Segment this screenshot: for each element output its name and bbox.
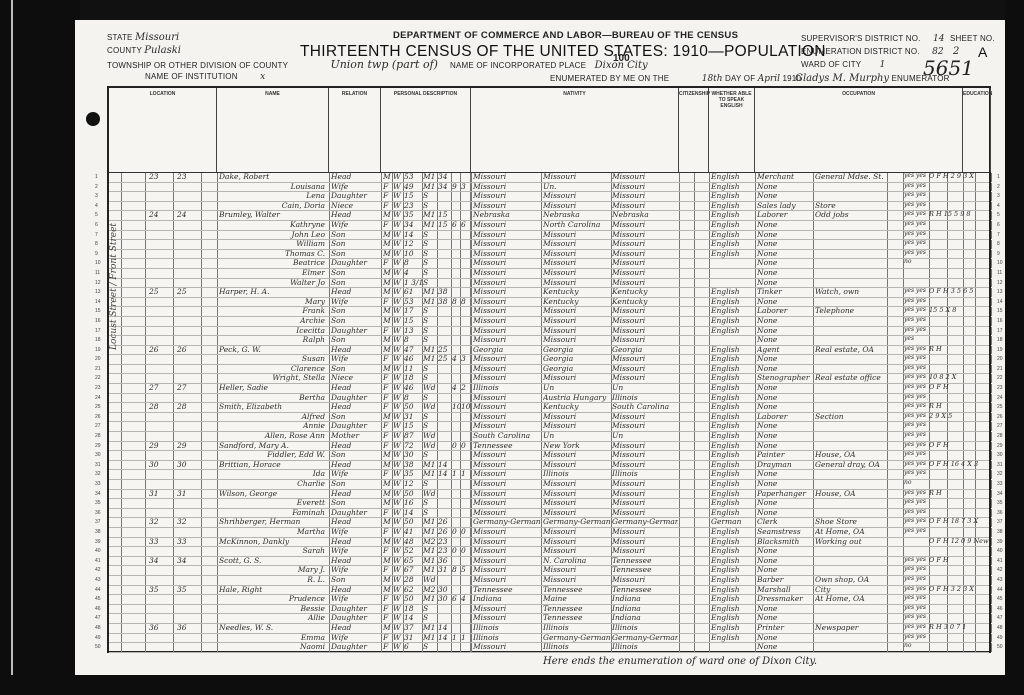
cell-name: Harper, H. A. (219, 287, 329, 296)
cell-school: yes yes (904, 585, 928, 592)
cell-name: Charlie (219, 479, 325, 488)
column-rule (217, 624, 218, 633)
column-rule (679, 624, 680, 633)
column-rule (381, 298, 382, 307)
column-rule (121, 346, 122, 355)
line-number-right: 44 (997, 587, 1003, 593)
line-number: 37 (95, 519, 101, 525)
column-rule (887, 432, 888, 441)
column-rule (813, 509, 814, 518)
column-rule (201, 614, 202, 623)
column-rule (694, 279, 695, 288)
cell-children-living: 8 (461, 297, 470, 306)
column-rule (451, 365, 452, 374)
column-rule (541, 605, 542, 614)
column-rule (887, 327, 888, 336)
column-rule (679, 374, 680, 383)
cell-name: Needles, W. S. (219, 623, 329, 632)
column-rule (887, 298, 888, 307)
column-rule (201, 173, 202, 182)
column-rule (381, 336, 382, 345)
column-rule (947, 422, 948, 431)
cell-relation: Head (331, 460, 381, 469)
column-rule (679, 403, 680, 412)
cell-age: 31 (404, 633, 422, 642)
line-number-right: 21 (997, 366, 1003, 372)
cell-father-birth: New York (543, 441, 611, 450)
cell-trade: None (757, 297, 813, 306)
cell-mother-birth: Germany-German (612, 517, 678, 526)
line-number-right: 38 (997, 529, 1003, 535)
column-rule (145, 240, 146, 249)
column-rule (381, 250, 382, 259)
column-rule (709, 202, 710, 211)
cell-father-birth: Tennessee (543, 613, 611, 622)
cell-dwelling: 34 (149, 556, 171, 565)
line-number: 19 (95, 347, 101, 353)
column-rule (121, 374, 122, 383)
cell-sex: F (383, 431, 392, 440)
column-rule (381, 231, 382, 240)
column-rule (694, 240, 695, 249)
column-rule (471, 202, 472, 211)
column-rule (145, 557, 146, 566)
cell-mother-birth: Missouri (612, 498, 678, 507)
cell-sex: M (383, 498, 392, 507)
cell-age: 8 (404, 393, 422, 402)
column-rule (173, 355, 174, 364)
column-rule (451, 211, 452, 220)
column-rule (679, 355, 680, 364)
column-rule (173, 586, 174, 595)
cell-sex: M (383, 345, 392, 354)
cell-sex: F (383, 594, 392, 603)
cell-industry: House, OA (815, 489, 887, 498)
cell-home: O F H (929, 556, 991, 564)
column-rule (329, 528, 330, 537)
column-rule (709, 183, 710, 192)
column-rule (975, 576, 976, 585)
column-rule (437, 422, 438, 431)
column-rule (381, 269, 382, 278)
incorporated-place-value: Dixon City (595, 60, 648, 71)
column-rule (471, 336, 472, 345)
column-rule (975, 317, 976, 326)
column-rule (991, 384, 992, 393)
column-rule (329, 499, 330, 508)
column-rule (145, 509, 146, 518)
column-rule (755, 288, 756, 297)
column-rule (471, 547, 472, 556)
cell-language: English (711, 287, 755, 296)
line-number-right: 17 (997, 328, 1003, 334)
cell-sex: M (383, 623, 392, 632)
column-rule (541, 192, 542, 201)
column-rule (947, 528, 948, 537)
column-rule (145, 231, 146, 240)
column-rule (991, 298, 992, 307)
column-rule (813, 614, 814, 623)
column-rule (471, 509, 472, 518)
cell-marital: Wd (423, 431, 437, 440)
column-rule (201, 547, 202, 556)
line-number-right: 36 (997, 510, 1003, 516)
column-rule (679, 192, 680, 201)
cell-mother-birth: Missouri (612, 249, 678, 258)
cell-years-married: 15 (438, 210, 450, 219)
column-rule (975, 336, 976, 345)
column-rule (460, 327, 461, 336)
column-rule (329, 279, 330, 288)
column-rule (145, 499, 146, 508)
column-rule (201, 346, 202, 355)
cell-race: W (393, 345, 403, 354)
column-rule (975, 394, 976, 403)
cell-age: 14 (404, 230, 422, 239)
column-rule (887, 480, 888, 489)
cell-age: 13 (404, 326, 422, 335)
cell-name: Lena (219, 191, 325, 200)
column-rule (217, 394, 218, 403)
column-rule (887, 365, 888, 374)
col-name: Name (217, 88, 329, 172)
cell-marital: S (423, 278, 437, 287)
column-rule (709, 192, 710, 201)
column-rule (217, 346, 218, 355)
column-rule (451, 394, 452, 403)
cell-birth: Missouri (473, 191, 541, 200)
column-rule (173, 403, 174, 412)
column-rule (991, 403, 992, 412)
column-rule (929, 221, 930, 230)
column-rule (709, 538, 710, 547)
column-rule (121, 442, 122, 451)
column-rule (887, 422, 888, 431)
column-rule (929, 240, 930, 249)
cell-marital: S (423, 373, 437, 382)
line-number-right: 26 (997, 414, 1003, 420)
column-rule (145, 173, 146, 182)
column-rule (991, 576, 992, 585)
cell-marital: M1 (423, 527, 437, 536)
column-rule (903, 547, 904, 556)
cell-age: 30 (404, 450, 422, 459)
column-rule (217, 307, 218, 316)
column-rule (217, 173, 218, 182)
cell-years-married: 15 (438, 220, 450, 229)
cell-father-birth: Missouri (543, 498, 611, 507)
line-number: 9 (95, 251, 98, 257)
cell-industry: House, OA (815, 450, 887, 459)
cell-sex: M (383, 230, 392, 239)
cell-trade: None (757, 556, 813, 565)
cell-name: Annie (219, 421, 325, 430)
cell-trade: Laborer (757, 306, 813, 315)
line-number-right: 45 (997, 596, 1003, 602)
column-rule (887, 643, 888, 652)
cell-relation: Wife (331, 527, 381, 536)
column-rule (991, 183, 992, 192)
column-rule (755, 634, 756, 643)
column-rule (145, 432, 146, 441)
cell-relation: Daughter (331, 613, 381, 622)
column-rule (947, 605, 948, 614)
column-rule (217, 432, 218, 441)
column-rule (201, 566, 202, 575)
line-number: 41 (95, 558, 101, 564)
cell-name: Bertha (219, 393, 325, 402)
cell-school: yes yes (904, 556, 928, 563)
column-rule (679, 422, 680, 431)
column-rule (541, 624, 542, 633)
cell-birth: Missouri (473, 326, 541, 335)
column-rule (471, 528, 472, 537)
column-rule (929, 298, 930, 307)
column-rule (991, 480, 992, 489)
cell-birth: Missouri (473, 489, 541, 498)
cell-dwelling: 30 (149, 460, 171, 469)
column-rule (437, 192, 438, 201)
column-rule (121, 298, 122, 307)
column-rule (755, 183, 756, 192)
column-rule (947, 509, 948, 518)
cell-age: 49 (404, 182, 422, 191)
column-rule (121, 240, 122, 249)
cell-children-born: 6 (452, 594, 461, 603)
cell-race: W (393, 431, 403, 440)
column-rule (541, 643, 542, 652)
cell-language: English (711, 585, 755, 594)
column-rule (541, 614, 542, 623)
column-rule (947, 259, 948, 268)
column-rule (709, 355, 710, 364)
column-rule (381, 384, 382, 393)
column-rule (991, 634, 992, 643)
cell-relation: Son (331, 278, 381, 287)
column-rule (381, 509, 382, 518)
cell-marital: S (423, 642, 437, 651)
cell-name: Mary J. (219, 565, 325, 574)
column-rule (755, 576, 756, 585)
column-rule (813, 480, 814, 489)
column-rule (217, 250, 218, 259)
cell-marital: S (423, 604, 437, 613)
cell-marital: Wd (423, 575, 437, 584)
cell-father-birth: Missouri (543, 239, 611, 248)
column-rule (460, 269, 461, 278)
cell-birth: Missouri (473, 172, 541, 181)
cell-father-birth: Un (543, 383, 611, 392)
cell-birth: Missouri (473, 613, 541, 622)
column-rule (755, 499, 756, 508)
cell-children-living: 3 (461, 354, 470, 363)
cell-mother-birth: Illinois (612, 469, 678, 478)
column-rule (679, 518, 680, 527)
column-rule (963, 634, 964, 643)
column-rule (121, 547, 122, 556)
cell-children-living: 3 (461, 182, 470, 191)
column-rule (381, 490, 382, 499)
township-label: Township or other division of county (107, 61, 288, 70)
cell-relation: Wife (331, 594, 381, 603)
line-number: 33 (95, 481, 101, 487)
cell-industry: Odd jobs (815, 210, 887, 219)
column-rule (947, 327, 948, 336)
line-number-right: 30 (997, 452, 1003, 458)
column-rule (709, 413, 710, 422)
cell-age: 18 (404, 604, 422, 613)
cell-language: English (711, 364, 755, 373)
cell-birth: Illinois (473, 623, 541, 632)
column-rule (694, 365, 695, 374)
column-rule (460, 490, 461, 499)
column-rule (541, 221, 542, 230)
cell-school: yes yes (904, 623, 928, 630)
cell-father-birth: Missouri (543, 258, 611, 267)
cell-relation: Wife (331, 220, 381, 229)
cell-language: English (711, 210, 755, 219)
cell-father-birth: Kentucky (543, 402, 611, 411)
cell-name: Heller, Sadie (219, 383, 329, 392)
column-rule (201, 240, 202, 249)
column-rule (173, 605, 174, 614)
column-rule (813, 327, 814, 336)
column-rule (471, 538, 472, 547)
column-rule (813, 336, 814, 345)
column-rule (947, 231, 948, 240)
cell-trade: None (757, 431, 813, 440)
cell-age: 53 (404, 297, 422, 306)
column-rule (173, 470, 174, 479)
column-rule (451, 518, 452, 527)
cell-home: R H (929, 345, 991, 353)
line-number-right: 19 (997, 347, 1003, 353)
column-rule (929, 528, 930, 537)
scan-artifact-line (11, 0, 13, 695)
column-rule (145, 269, 146, 278)
column-rule (991, 250, 992, 259)
cell-father-birth: Kentucky (543, 297, 611, 306)
cell-marital: S (423, 450, 437, 459)
cell-dwelling: 33 (149, 537, 171, 546)
cell-name: John Leo (219, 230, 325, 239)
cell-mother-birth: Missouri (612, 508, 678, 517)
cell-industry: City (815, 585, 887, 594)
column-rule (755, 384, 756, 393)
column-rule (121, 269, 122, 278)
cell-relation: Head (331, 441, 381, 450)
cell-school: yes yes no (904, 316, 928, 323)
column-rule (381, 557, 382, 566)
column-rule (541, 298, 542, 307)
column-rule (329, 547, 330, 556)
column-rule (217, 231, 218, 240)
line-number-right: 50 (997, 644, 1003, 650)
cell-father-birth: Missouri (543, 421, 611, 430)
cell-birth: Missouri (473, 249, 541, 258)
column-rule (679, 470, 680, 479)
column-rule (694, 183, 695, 192)
column-rule (460, 422, 461, 431)
column-rule (217, 211, 218, 220)
cell-marital: S (423, 335, 437, 344)
column-rule (991, 259, 992, 268)
cell-relation: Head (331, 402, 381, 411)
column-rule (929, 480, 930, 489)
page-title: THIRTEENTH CENSUS OF THE UNITED STATES: … (300, 43, 826, 61)
column-rule (201, 413, 202, 422)
column-rule (813, 346, 814, 355)
line-number: 23 (95, 385, 101, 391)
column-rule (145, 480, 146, 489)
column-rule (903, 269, 904, 278)
column-rule (887, 499, 888, 508)
cell-sex: F (383, 565, 392, 574)
cell-father-birth: Missouri (543, 335, 611, 344)
cell-school: yes yes (904, 354, 928, 361)
cell-age: 31 (404, 412, 422, 421)
column-rule (121, 480, 122, 489)
column-rule (451, 307, 452, 316)
column-rule (929, 470, 930, 479)
column-rule (679, 451, 680, 460)
cell-school: yes yes (904, 575, 928, 582)
cell-years-married: 23 (438, 537, 450, 546)
column-rule (437, 327, 438, 336)
cell-school: yes yes (904, 172, 928, 179)
column-rule (963, 327, 964, 336)
column-rule (975, 595, 976, 604)
cell-dwelling: 29 (149, 441, 171, 450)
cell-years-married: 14 (438, 469, 450, 478)
column-rule (437, 279, 438, 288)
column-rule (887, 634, 888, 643)
cell-race: W (393, 556, 403, 565)
column-rule (217, 384, 218, 393)
column-rule (451, 557, 452, 566)
enumerated-day: 18th (702, 74, 723, 84)
column-rule (755, 240, 756, 249)
cell-language: English (711, 441, 755, 450)
column-rule (813, 307, 814, 316)
supervisor-label: Supervisor's District No. (801, 34, 921, 43)
column-rule (679, 240, 680, 249)
column-rule (329, 374, 330, 383)
table-row: 5050NaomiDaughterFW6SMissouriIllinoisIll… (109, 643, 989, 653)
column-rule (329, 307, 330, 316)
column-rule (329, 422, 330, 431)
column-rule (329, 614, 330, 623)
cell-home: 10 8 2 X (929, 373, 991, 381)
column-rule (437, 250, 438, 259)
cell-father-birth: Missouri (543, 278, 611, 287)
column-rule (329, 413, 330, 422)
cell-father-birth: Missouri (543, 326, 611, 335)
line-number: 40 (95, 548, 101, 554)
cell-race: W (393, 527, 403, 536)
line-number: 26 (95, 414, 101, 420)
column-rule (381, 614, 382, 623)
cell-language: German (711, 517, 755, 526)
column-rule (694, 231, 695, 240)
column-rule (121, 432, 122, 441)
column-rule (173, 279, 174, 288)
column-rule (201, 269, 202, 278)
column-rule (887, 231, 888, 240)
column-rule (173, 557, 174, 566)
cell-school: yes (904, 335, 928, 342)
column-rule (471, 259, 472, 268)
